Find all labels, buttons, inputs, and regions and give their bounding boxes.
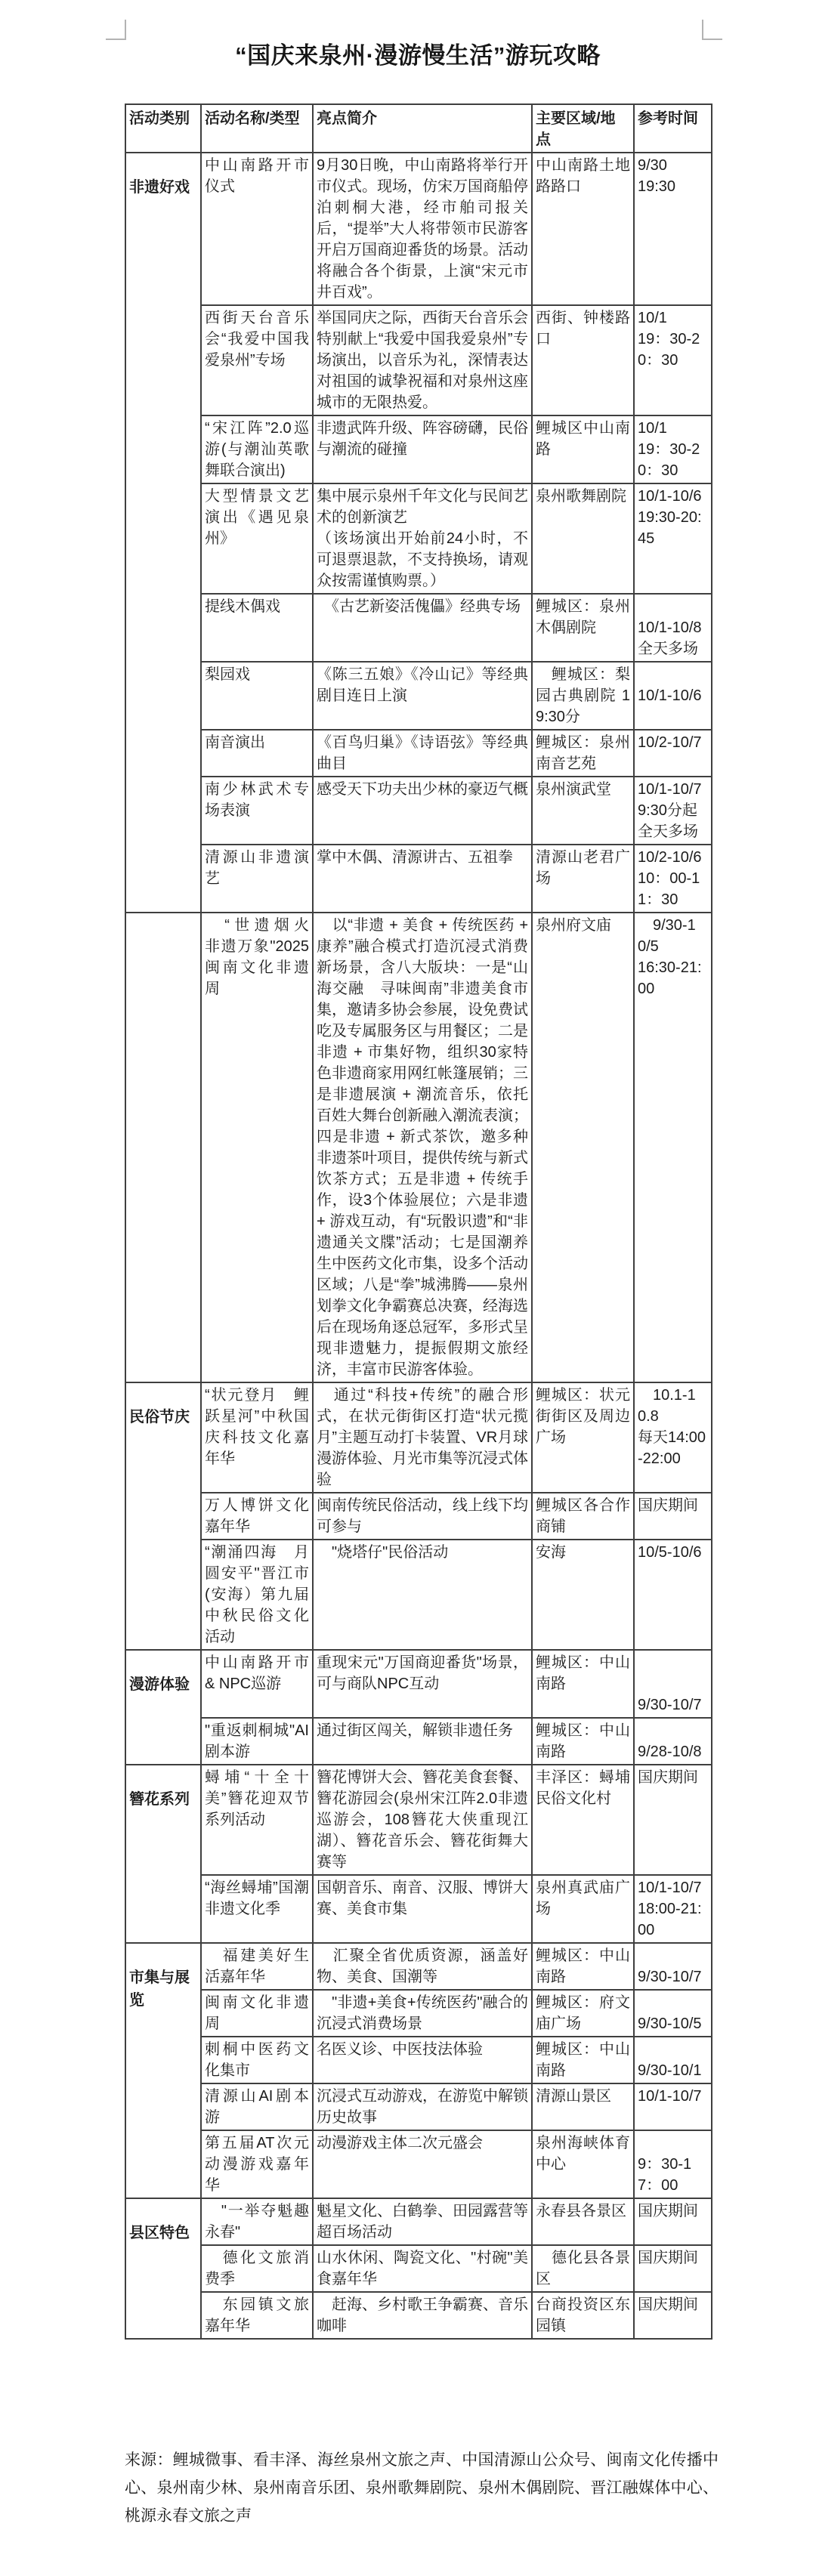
col-header-highlight: 亮点简介 [313,104,532,153]
table-row: 非遗好戏中山南路开市仪式9月30日晚，中山南路将举行开市仪式。现场，仿宋万国商船… [125,153,712,305]
highlight-cell: 非遗武阵升级、阵容磅礴，民俗与潮流的碰撞 [313,415,532,483]
location-cell: 泉州真武庙广场 [532,1875,634,1943]
table-row: 梨园戏《陈三五娘》《冷山记》等经典剧目连日上演 鲤城区：梨园古典剧院 19:30… [125,662,712,730]
table-row: 民俗节庆“状元登月 鲤跃星河”中秋国庆科技文化嘉年华 通过“科技+传统”的融合形… [125,1382,712,1493]
location-cell: 德化县各景区 [532,2245,634,2292]
table-row: 大型情景文艺演出《遇见泉州》集中展示泉州千年文化与民间艺术的创新演艺 （该场演出… [125,483,712,594]
source-note: 来源：鲤城微事、看丰泽、海丝泉州文旅之声、中国清源山公众号、闽南文化传播中心、泉… [125,2446,719,2530]
activity-name-cell: 梨园戏 [201,662,313,730]
location-cell: 清源山景区 [532,2083,634,2130]
activity-name-cell: "重返刺桐城"AI剧本游 [201,1718,313,1765]
time-cell: 10/2-10/6 10：00-11：30 [634,845,712,913]
time-cell: 10/1-10/7 [634,2083,712,2130]
table-row: 市集与展览 福建美好生活嘉年华 汇聚全省优质资源，涵盖好物、美食、国潮等鲤城区：… [125,1943,712,1990]
page-corner-mark-left-icon [106,20,126,40]
location-cell: 鲤城区：梨园古典剧院 19:30分 [532,662,634,730]
header-row: 活动类别 活动名称/类型 亮点简介 主要区域/地点 参考时间 [125,104,712,153]
activity-name-cell: “状元登月 鲤跃星河”中秋国庆科技文化嘉年华 [201,1382,313,1493]
highlight-cell: 《陈三五娘》《冷山记》等经典剧目连日上演 [313,662,532,730]
highlight-cell: 《古艺新姿活傀儡》经典专场 [313,594,532,662]
location-cell: 丰泽区：蟳埔民俗文化村 [532,1765,634,1875]
location-cell: 鲤城区：泉州木偶剧院 [532,594,634,662]
highlight-cell: 《百鸟归巢》《诗语弦》等经典曲目 [313,730,532,777]
location-cell: 鲤城区：泉州南音艺苑 [532,730,634,777]
activity-name-cell: 德化文旅消费季 [201,2245,313,2292]
activity-name-cell: 第五届AT次元动漫游戏嘉年华 [201,2130,313,2198]
activity-name-cell: “海丝蟳埔”国潮非遗文化季 [201,1875,313,1943]
location-cell: 泉州府文庙 [532,913,634,1382]
table-body: 非遗好戏中山南路开市仪式9月30日晚，中山南路将举行开市仪式。现场，仿宋万国商船… [125,153,712,2339]
location-cell: 台商投资区东园镇 [532,2292,634,2339]
category-cell: 漫游体验 [125,1650,201,1765]
time-cell: 国庆期间 [634,2198,712,2245]
time-cell: 10/1-10/7 18:00-21:00 [634,1875,712,1943]
activity-name-cell: “潮涌四海 月圆安平"晋江市(安海）第九届中秋民俗文化活动 [201,1540,313,1650]
table-row: “潮涌四海 月圆安平"晋江市(安海）第九届中秋民俗文化活动 "烧塔仔"民俗活动安… [125,1540,712,1650]
activity-name-cell: "一举夺魁趣永春" [201,2198,313,2245]
location-cell: 西街、钟楼路口 [532,305,634,415]
time-cell: 10/1-10/6 [634,662,712,730]
highlight-cell: 感受天下功夫出少林的豪迈气概 [313,777,532,845]
activity-name-cell: 清源山非遗演艺 [201,845,313,913]
category-cell: 县区特色 [125,2198,201,2339]
col-header-activity-name: 活动名称/类型 [201,104,313,153]
table-row: 清源山AI剧本游沉浸式互动游戏，在游览中解锁历史故事清源山景区10/1-10/7 [125,2083,712,2130]
table-row: 提线木偶戏 《古艺新姿活傀儡》经典专场鲤城区：泉州木偶剧院 10/1-10/8 … [125,594,712,662]
table-row: “宋江阵”2.0巡游(与潮汕英歌舞联合演出)非遗武阵升级、阵容磅礴，民俗与潮流的… [125,415,712,483]
highlight-cell: "非遗+美食+传统医药"融合的沉浸式消费场景 [313,1990,532,2037]
time-cell: 国庆期间 [634,2292,712,2339]
highlight-cell: 簪花博饼大会、簪花美食套餐、簪花游园会(泉州宋江阵2.0非遗巡游会，108簪花大… [313,1765,532,1875]
location-cell: 泉州演武堂 [532,777,634,845]
page-title: “国庆来泉州·漫游慢生活”游玩攻略 [113,41,722,71]
activity-name-cell: 万人博饼文化嘉年华 [201,1493,313,1540]
col-header-time: 参考时间 [634,104,712,153]
time-cell: 9/30-10/7 [634,1650,712,1718]
activity-name-cell: 中山南路开市 & NPC巡游 [201,1650,313,1718]
activity-name-cell: 闽南文化非遗周 [201,1990,313,2037]
location-cell: 鲤城区各合作商铺 [532,1493,634,1540]
table-row: “世遗烟火 非遗万象"2025闽南文化非遗周 以“非遗 + 美食 + 传统医药 … [125,913,712,1382]
time-cell: 国庆期间 [634,2245,712,2292]
category-cell: 市集与展览 [125,1943,201,2198]
activity-name-cell: 东园镇文旅嘉年华 [201,2292,313,2339]
table-row: 第五届AT次元动漫游戏嘉年华动漫游戏主体二次元盛会泉州海峡体育中心 9：30-1… [125,2130,712,2198]
time-cell: 10/1-10/6 19:30-20:45 [634,483,712,594]
table-row: 闽南文化非遗周 "非遗+美食+传统医药"融合的沉浸式消费场景鲤城区：府文庙广场 … [125,1990,712,2037]
highlight-cell: 沉浸式互动游戏，在游览中解锁历史故事 [313,2083,532,2130]
highlight-cell: 赶海、乡村歌王争霸赛、音乐咖啡 [313,2292,532,2339]
location-cell: 安海 [532,1540,634,1650]
highlight-cell: 名医义诊、中医技法体验 [313,2037,532,2083]
highlight-cell: "烧塔仔"民俗活动 [313,1540,532,1650]
activity-name-cell: 提线木偶戏 [201,594,313,662]
category-cell: 簪花系列 [125,1765,201,1943]
time-cell: 9/30-10/7 [634,1943,712,1990]
highlight-cell: 魁星文化、白鹤拳、田园露营等超百场活动 [313,2198,532,2245]
category-cell: 非遗好戏 [125,153,201,913]
activity-name-cell: 西街天台音乐会“我爱中国我爱泉州”专场 [201,305,313,415]
activity-name-cell: 南音演出 [201,730,313,777]
highlight-cell: 9月30日晚，中山南路将举行开市仪式。现场，仿宋万国商船停泊刺桐大港，经市舶司报… [313,153,532,305]
activity-name-cell: “世遗烟火 非遗万象"2025闽南文化非遗周 [201,913,313,1382]
time-cell: 10/5-10/6 [634,1540,712,1650]
activity-name-cell: 中山南路开市仪式 [201,153,313,305]
time-cell: 9/30-10/5 [634,1990,712,2037]
time-cell: 10/1-10/7 9:30分起 全天多场 [634,777,712,845]
table-row: "重返刺桐城"AI剧本游通过街区闯关，解锁非遗任务鲤城区：中山南路 9/28-1… [125,1718,712,1765]
time-cell: 9/30-10/1 [634,2037,712,2083]
table-row: 漫游体验中山南路开市 & NPC巡游重现宋元"万国商迎番货"场景，可与商队NPC… [125,1650,712,1718]
activity-name-cell: 南少林武术专场表演 [201,777,313,845]
table-row: 南音演出《百鸟归巢》《诗语弦》等经典曲目鲤城区：泉州南音艺苑10/2-10/7 [125,730,712,777]
highlight-cell: 举国同庆之际，西街天台音乐会特别献上“我爱中国我爱泉州”专场演出，以音乐为礼，深… [313,305,532,415]
table-row: 西街天台音乐会“我爱中国我爱泉州”专场举国同庆之际，西街天台音乐会特别献上“我爱… [125,305,712,415]
time-cell: 9/30-10/5 16:30-21:00 [634,913,712,1382]
activity-name-cell: 蟳埔“十全十美”簪花迎双节系列活动 [201,1765,313,1875]
highlight-cell: 掌中木偶、清源讲古、五祖拳 [313,845,532,913]
time-cell: 10/1-10/8 全天多场 [634,594,712,662]
activity-name-cell: 刺桐中医药文化集市 [201,2037,313,2083]
time-cell: 10/1 19：30-20：30 [634,305,712,415]
location-cell: 鲤城区：中山南路 [532,1943,634,1990]
highlight-cell: 重现宋元"万国商迎番货"场景，可与商队NPC互动 [313,1650,532,1718]
document-page: “国庆来泉州·漫游慢生活”游玩攻略 活动类别 活动名称/类型 亮点简介 主要区域… [0,0,816,2576]
time-cell: 9/28-10/8 [634,1718,712,1765]
col-header-category: 活动类别 [125,104,201,153]
location-cell: 鲤城区：中山南路 [532,2037,634,2083]
highlight-cell: 通过“科技+传统”的融合形式，在状元街街区打造“状元揽月”主题互动打卡装置、VR… [313,1382,532,1493]
time-cell: 10/2-10/7 [634,730,712,777]
highlight-cell: 通过街区闯关，解锁非遗任务 [313,1718,532,1765]
table-row: 县区特色 "一举夺魁趣永春"魁星文化、白鹤拳、田园露营等超百场活动永春县各景区国… [125,2198,712,2245]
highlight-cell: 国朝音乐、南音、汉服、博饼大赛、美食市集 [313,1875,532,1943]
activity-name-cell: “宋江阵”2.0巡游(与潮汕英歌舞联合演出) [201,415,313,483]
highlight-cell: 汇聚全省优质资源，涵盖好物、美食、国潮等 [313,1943,532,1990]
activities-table: 活动类别 活动名称/类型 亮点简介 主要区域/地点 参考时间 非遗好戏中山南路开… [125,103,712,2340]
table-row: 德化文旅消费季山水休闲、陶瓷文化、"村碗"美食嘉年华 德化县各景区国庆期间 [125,2245,712,2292]
activity-name-cell: 福建美好生活嘉年华 [201,1943,313,1990]
time-cell: 国庆期间 [634,1765,712,1875]
location-cell: 泉州海峡体育中心 [532,2130,634,2198]
highlight-cell: 山水休闲、陶瓷文化、"村碗"美食嘉年华 [313,2245,532,2292]
location-cell: 鲤城区：中山南路 [532,1650,634,1718]
time-cell: 国庆期间 [634,1493,712,1540]
highlight-cell: 集中展示泉州千年文化与民间艺术的创新演艺 （该场演出开始前24小时，不可退票退款… [313,483,532,594]
location-cell: 鲤城区：中山南路 [532,1718,634,1765]
location-cell: 鲤城区：府文庙广场 [532,1990,634,2037]
location-cell: 鲤城区中山南路 [532,415,634,483]
time-cell: 9/30 19:30 [634,153,712,305]
table-row: “海丝蟳埔”国潮非遗文化季国朝音乐、南音、汉服、博饼大赛、美食市集泉州真武庙广场… [125,1875,712,1943]
table-row: 刺桐中医药文化集市名医义诊、中医技法体验鲤城区：中山南路 9/30-10/1 [125,2037,712,2083]
location-cell: 鲤城区：状元街街区及周边广场 [532,1382,634,1493]
table-row: 簪花系列蟳埔“十全十美”簪花迎双节系列活动簪花博饼大会、簪花美食套餐、簪花游园会… [125,1765,712,1875]
table-row: 清源山非遗演艺掌中木偶、清源讲古、五祖拳清源山老君广场10/2-10/6 10：… [125,845,712,913]
time-cell: 9：30-17：00 [634,2130,712,2198]
col-header-location: 主要区域/地点 [532,104,634,153]
table-row: 万人博饼文化嘉年华闽南传统民俗活动，线上线下均可参与鲤城区各合作商铺国庆期间 [125,1493,712,1540]
page-corner-mark-right-icon [702,20,722,40]
location-cell: 中山南路土地路路口 [532,153,634,305]
activity-name-cell: 清源山AI剧本游 [201,2083,313,2130]
highlight-cell: 动漫游戏主体二次元盛会 [313,2130,532,2198]
activity-name-cell: 大型情景文艺演出《遇见泉州》 [201,483,313,594]
category-cell: 民俗节庆 [125,1382,201,1650]
highlight-cell: 闽南传统民俗活动，线上线下均可参与 [313,1493,532,1540]
location-cell: 泉州歌舞剧院 [532,483,634,594]
location-cell: 永春县各景区 [532,2198,634,2245]
highlight-cell: 以“非遗 + 美食 + 传统医药 + 康养”融合模式打造沉浸式消费新场景，含八大… [313,913,532,1382]
category-cell [125,913,201,1382]
location-cell: 清源山老君广场 [532,845,634,913]
table-row: 南少林武术专场表演感受天下功夫出少林的豪迈气概泉州演武堂10/1-10/7 9:… [125,777,712,845]
time-cell: 10/1 19：30-20：30 [634,415,712,483]
time-cell: 10.1-10.8 每天14:00-22:00 [634,1382,712,1493]
table-row: 东园镇文旅嘉年华 赶海、乡村歌王争霸赛、音乐咖啡台商投资区东园镇国庆期间 [125,2292,712,2339]
